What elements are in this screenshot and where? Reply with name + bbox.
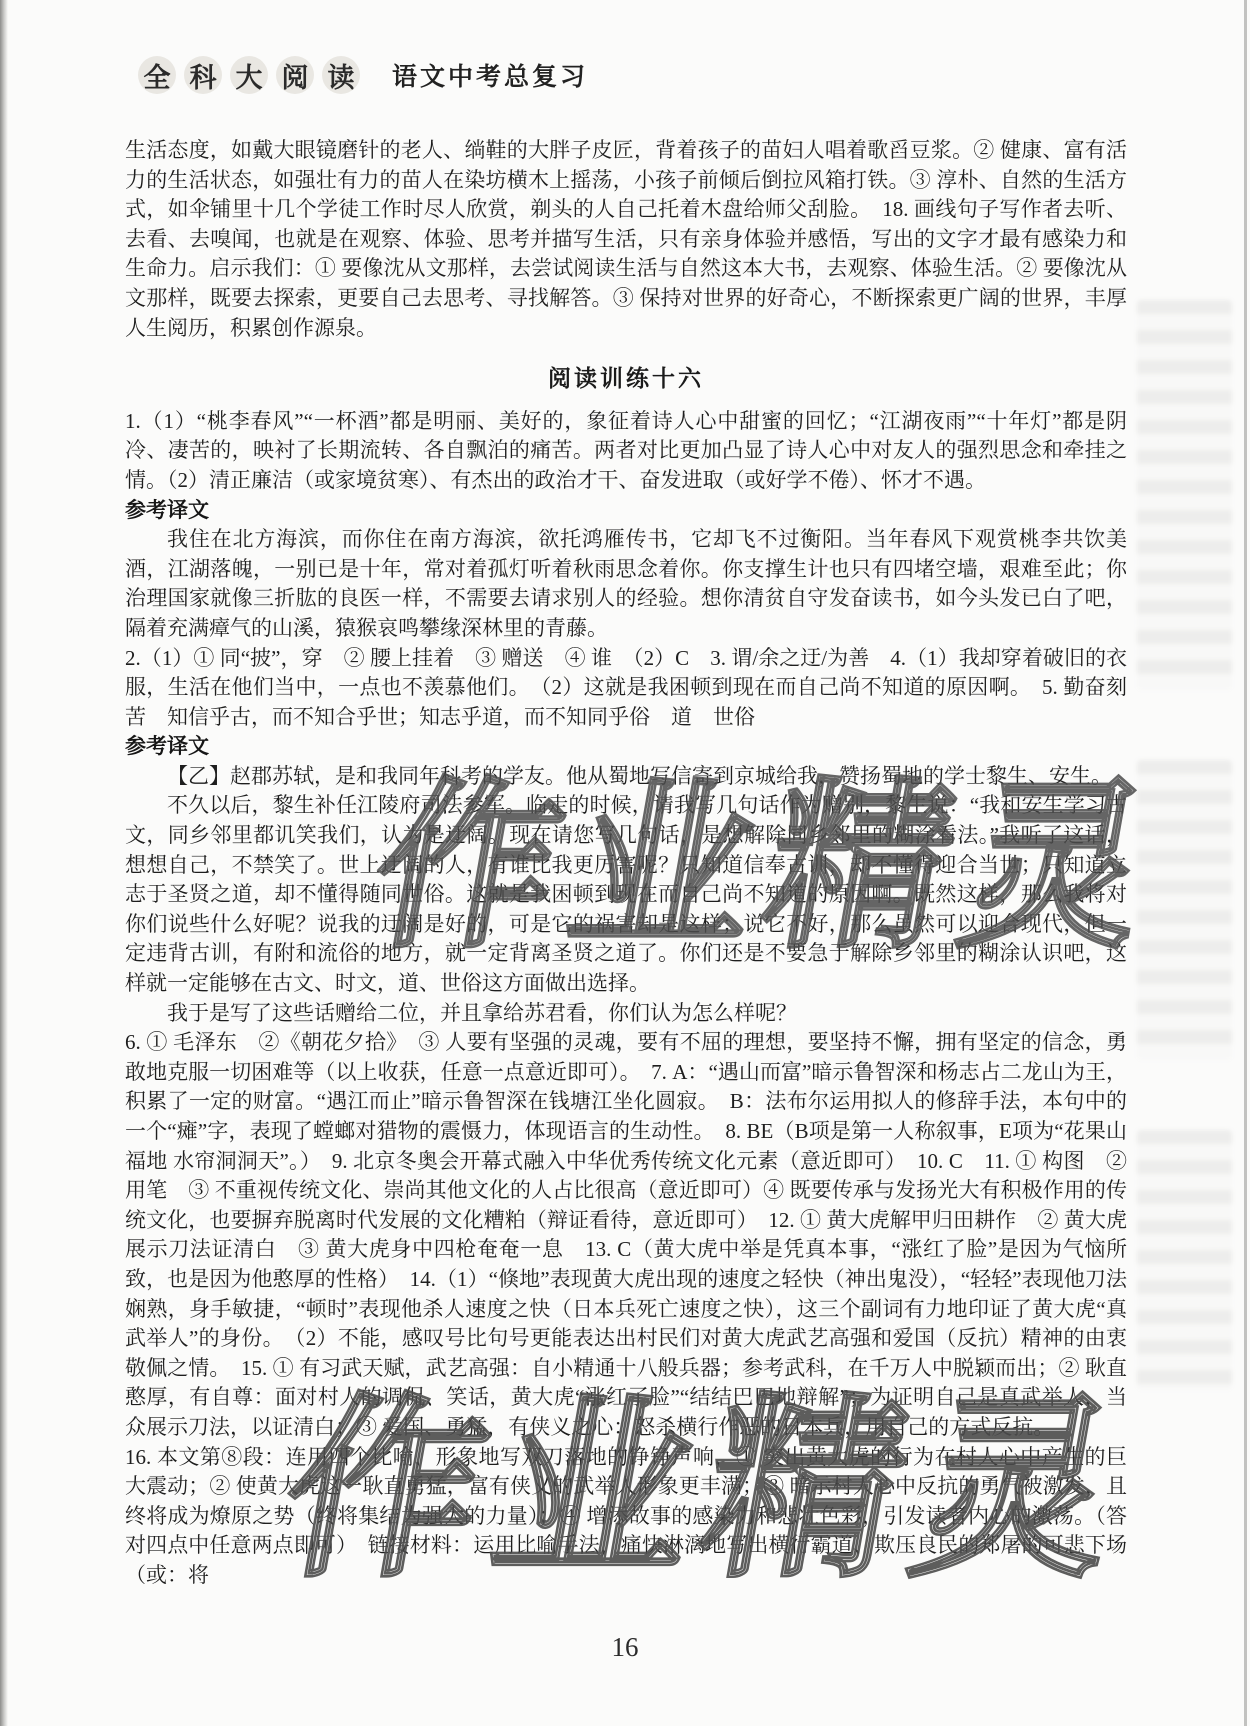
brand-char: 读 — [322, 56, 360, 94]
book-page: 全 科 大 阅 读 语文中考总复习 生活态度，如戴大眼镜磨针的老人、绱鞋的大胖子… — [0, 0, 1250, 1726]
book-header: 全 科 大 阅 读 语文中考总复习 — [138, 56, 588, 94]
scan-right-edge — [1244, 0, 1247, 1726]
page-number: 16 — [0, 1632, 1250, 1663]
reference-translation-label: 参考译文 — [125, 496, 1127, 526]
answer-key-content: 生活态度，如戴大眼镜磨针的老人、绱鞋的大胖子皮匠，背着孩子的苗妇人唱着歌舀豆浆。… — [125, 136, 1127, 1591]
paragraph-translation-2b: 不久以后，黎生补任江陵府司法参军。临走的时候，请我写几句话作为赠别，黎生说：“我… — [125, 791, 1127, 998]
brand-char: 全 — [138, 56, 176, 94]
brand-char: 阅 — [276, 56, 314, 94]
paragraph-translation-1: 我住在北方海滨，而你住在南方海滨，欲托鸿雁传书，它却飞不过衡阳。当年春风下观赏桃… — [125, 525, 1127, 643]
show-through-smudge — [1137, 760, 1232, 1060]
paragraph-answer-1: 1.（1）“桃李春风”“一杯酒”都是明丽、美好的，象征着诗人心中甜蜜的回忆；“江… — [125, 407, 1127, 496]
paragraph-answer-16: 16. 本文第⑧段：连用四个比喻，形象地写双刀落地的铮铮声响，① 突出黄大虎的行… — [125, 1443, 1127, 1591]
show-through-smudge — [1137, 1130, 1232, 1390]
paragraph-answers-6-15: 6. ① 毛泽东 ②《朝花夕拾》 ③ 人要有坚强的灵魂，要有不屈的理想，要坚持不… — [125, 1028, 1127, 1442]
reference-translation-label: 参考译文 — [125, 732, 1127, 762]
scan-left-edge — [0, 0, 8, 1726]
book-series-title: 全 科 大 阅 读 — [138, 56, 360, 94]
paragraph-translation-2c: 我于是写了这些话赠给二位，并且拿给苏君看，你们认为怎么样呢？ — [125, 999, 1127, 1029]
book-subtitle: 语文中考总复习 — [392, 57, 588, 93]
paragraph-translation-2a: 【乙】赵郡苏轼，是和我同年科考的学友。他从蜀地写信寄到京城给我，赞扬蜀地的学士黎… — [125, 762, 1127, 792]
paragraph-answers-2-5: 2.（1）① 同“披”，穿 ② 腰上挂着 ③ 赠送 ④ 谁 （2）C 3. 谓/… — [125, 644, 1127, 733]
paragraph-answers-continuation: 生活态度，如戴大眼镜磨针的老人、绱鞋的大胖子皮匠，背着孩子的苗妇人唱着歌舀豆浆。… — [125, 136, 1127, 343]
show-through-smudge — [1137, 300, 1232, 690]
section-title: 阅读训练十六 — [125, 364, 1127, 394]
brand-char: 大 — [230, 56, 268, 94]
brand-char: 科 — [184, 56, 222, 94]
